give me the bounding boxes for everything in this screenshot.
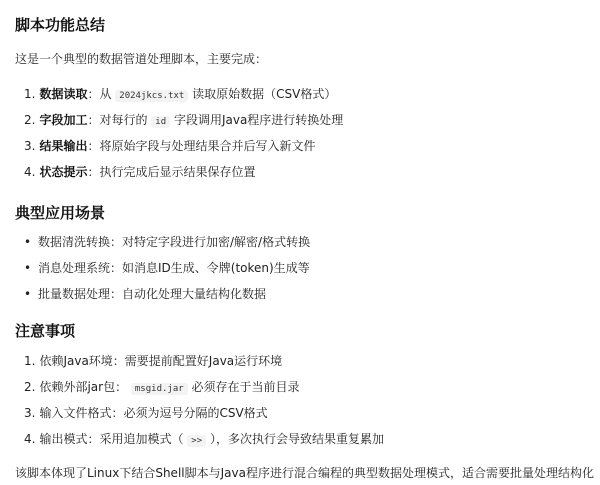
item-text: 依赖外部jar包： [39, 380, 130, 394]
list-number: 2. [24, 113, 35, 127]
item-text: 依赖Java环境：需要提前配置好Java运行环境 [39, 354, 282, 368]
item-text: 批量数据处理：自动化处理大量结构化数据 [38, 287, 266, 301]
list-item: 1.数据读取：从 2024jkcs.txt 读取原始数据（CSV格式） [24, 85, 336, 102]
inline-code: id [151, 116, 170, 128]
item-text: ：执行完成后显示结果保存位置 [87, 165, 255, 179]
item-text: 读取原始数据（CSV格式） [188, 87, 336, 101]
list-number: 2. [24, 380, 35, 394]
list-number: 4. [24, 165, 35, 179]
item-text: ：将原始字段与处理结果合并后写入新文件 [87, 139, 315, 153]
item-text: ），多次执行会导致结果重复累加 [206, 432, 384, 446]
item-label: 字段加工 [39, 113, 87, 127]
bullet-icon: • [24, 261, 38, 275]
footer-paragraph: 该脚本体现了Linux下结合Shell脚本与Java程序进行混合编程的典型数据处… [15, 464, 594, 481]
list-item: 1.依赖Java环境：需要提前配置好Java运行环境 [24, 352, 282, 369]
item-label: 结果输出 [39, 139, 87, 153]
list-item: 3.结果输出：将原始字段与处理结果合并后写入新文件 [24, 137, 315, 154]
bullet-item: •数据清洗转换：对特定字段进行加密/解密/格式转换 [24, 233, 310, 250]
inline-code: >> [187, 435, 206, 447]
list-number: 3. [24, 139, 35, 153]
item-text: 数据清洗转换：对特定字段进行加密/解密/格式转换 [38, 235, 310, 249]
item-text: 字段调用Java程序进行转换处理 [170, 113, 343, 127]
bullet-icon: • [24, 235, 38, 249]
list-item: 4.输出模式：采用追加模式（ >> ），多次执行会导致结果重复累加 [24, 430, 384, 447]
list-item: 3.输入文件格式：必须为逗号分隔的CSV格式 [24, 404, 268, 421]
bullet-item: •批量数据处理：自动化处理大量结构化数据 [24, 285, 266, 302]
item-text: 必须存在于当前目录 [188, 380, 300, 394]
heading-use-cases: 典型应用场景 [15, 202, 105, 223]
item-text: 输出模式：采用追加模式（ [39, 432, 187, 446]
list-number: 4. [24, 432, 35, 446]
inline-code: msgid.jar [131, 383, 188, 395]
item-label: 状态提示 [39, 165, 87, 179]
item-text: 消息处理系统：如消息ID生成、令牌(token)生成等 [38, 261, 310, 275]
heading-notes: 注意事项 [15, 320, 75, 341]
item-text: 输入文件格式：必须为逗号分隔的CSV格式 [39, 406, 267, 420]
list-number: 1. [24, 87, 35, 101]
list-item: 2.依赖外部jar包： msgid.jar 必须存在于当前目录 [24, 378, 300, 395]
intro-paragraph: 这是一个典型的数据管道处理脚本，主要完成： [15, 50, 267, 67]
item-text: ：从 [87, 87, 115, 101]
item-text: ：对每行的 [87, 113, 151, 127]
bullet-icon: • [24, 287, 38, 301]
list-item: 2.字段加工：对每行的 id 字段调用Java程序进行转换处理 [24, 111, 343, 128]
bullet-item: •消息处理系统：如消息ID生成、令牌(token)生成等 [24, 259, 310, 276]
item-label: 数据读取 [39, 87, 87, 101]
list-number: 1. [24, 354, 35, 368]
inline-code: 2024jkcs.txt [115, 90, 188, 102]
list-item: 4.状态提示：执行完成后显示结果保存位置 [24, 163, 255, 180]
heading-script-summary: 脚本功能总结 [15, 14, 105, 35]
list-number: 3. [24, 406, 35, 420]
